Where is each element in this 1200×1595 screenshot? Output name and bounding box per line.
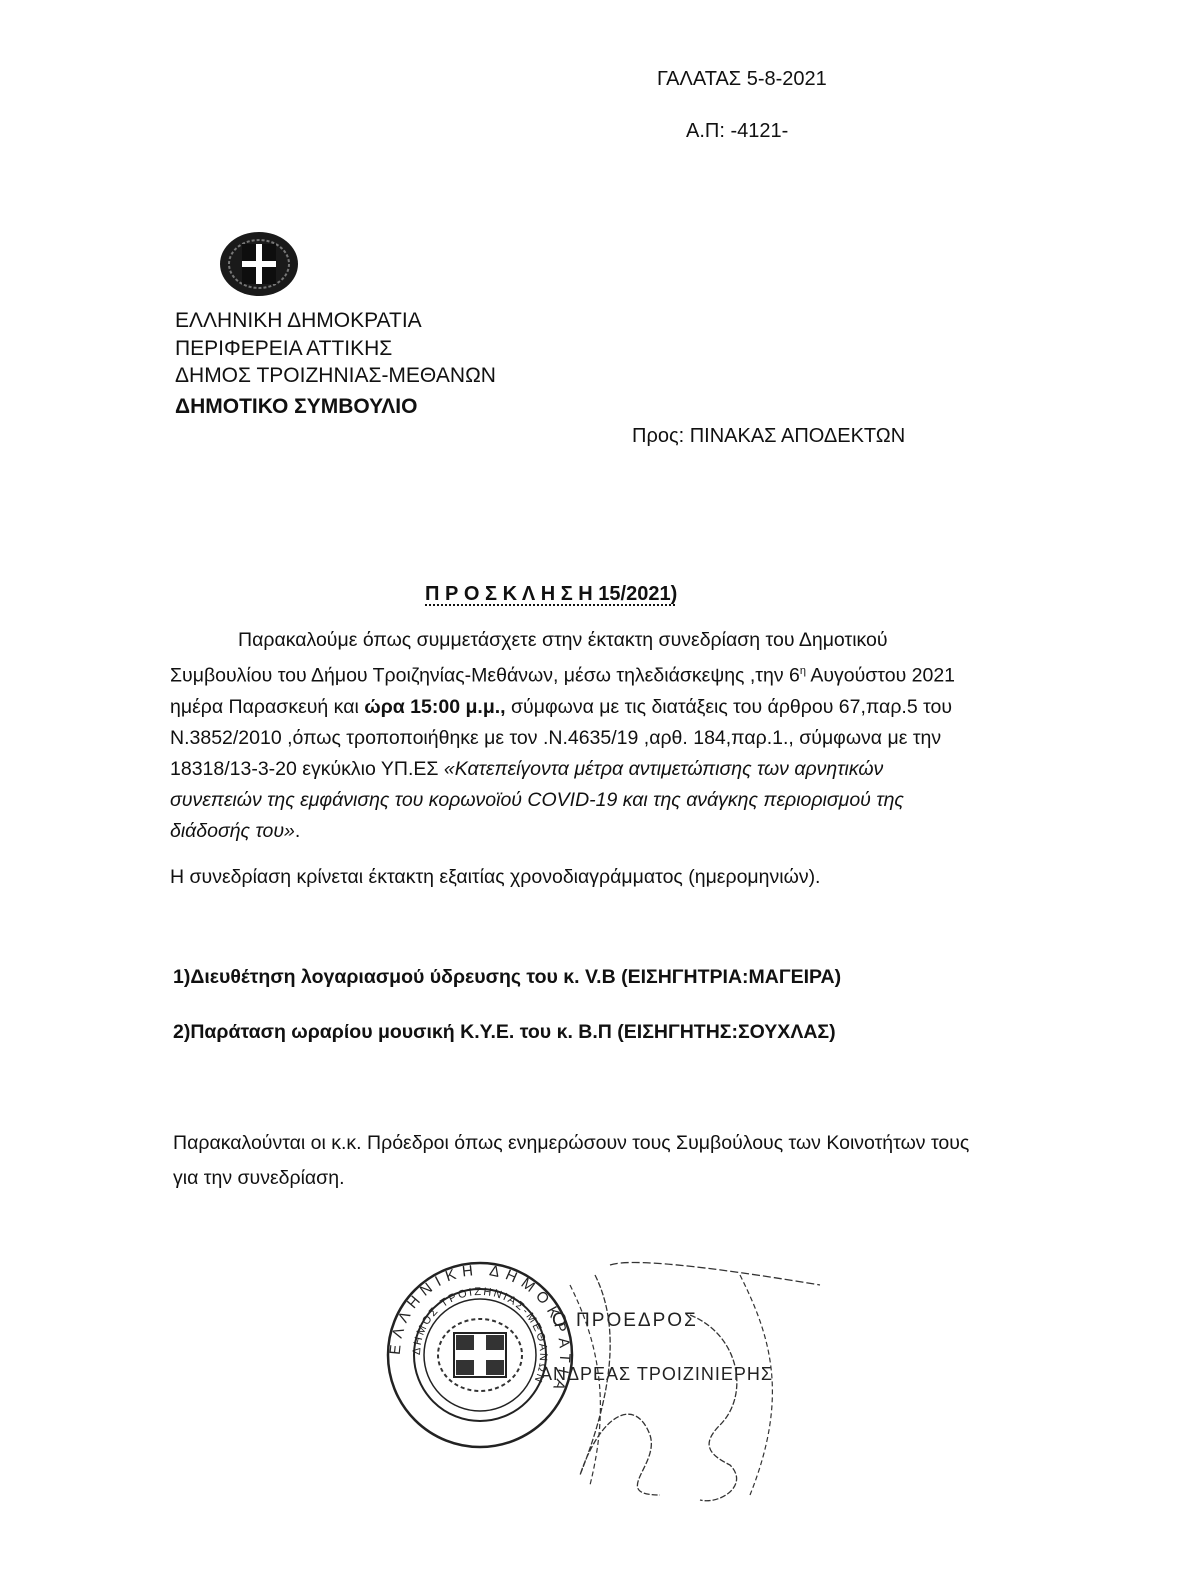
agenda-item: 1)Διευθέτηση λογαριασμού ύδρευσης του κ.… <box>173 966 841 989</box>
para-text: . <box>295 820 300 842</box>
meeting-time: ώρα 15:00 μ.μ., <box>364 696 505 718</box>
issuer-region: ΠΕΡΙΦΕΡΕΙΑ ΑΤΤΙΚΗΣ <box>175 337 392 361</box>
issuer-country: ΕΛΛΗΝΙΚΗ ΔΗΜΟΚΡΑΤΙΑ <box>175 309 422 333</box>
agenda-item: 2)Παράταση ωραρίου μουσική Κ.Υ.Ε. του κ.… <box>173 1021 836 1044</box>
place-date: ΓΑΛΑΤΑΣ 5-8-2021 <box>657 68 827 91</box>
issuer-council: ΔΗΜΟΤΙΚΟ ΣΥΜΒΟΥΛΙΟ <box>175 395 417 419</box>
document-title: Π Ρ Ο Σ Κ Λ Η Σ Η 15/2021) <box>425 583 677 606</box>
para-text: Παρακαλούμε όπως συμμετάσχετε στην έκτακ… <box>170 629 888 687</box>
recipient-line: Προς: ΠΙΝΑΚΑΣ ΑΠΟΔΕΚΤΩΝ <box>632 425 905 448</box>
greek-coat-of-arms-icon <box>218 230 300 298</box>
closing-paragraph: Παρακαλούνται οι κ.κ. Πρόεδροι όπως ενημ… <box>173 1126 993 1196</box>
handwritten-signature-icon <box>540 1255 840 1515</box>
protocol-number: Α.Π: -4121- <box>686 120 788 143</box>
issuer-municipality: ΔΗΜΟΣ ΤΡΟΙΖΗΝΙΑΣ-ΜΕΘΑΝΩΝ <box>175 364 496 388</box>
invitation-paragraph: Παρακαλούμε όπως συμμετάσχετε στην έκτακ… <box>170 625 960 847</box>
urgency-note: Η συνεδρίαση κρίνεται έκτακτη εξαιτίας χ… <box>170 866 820 889</box>
